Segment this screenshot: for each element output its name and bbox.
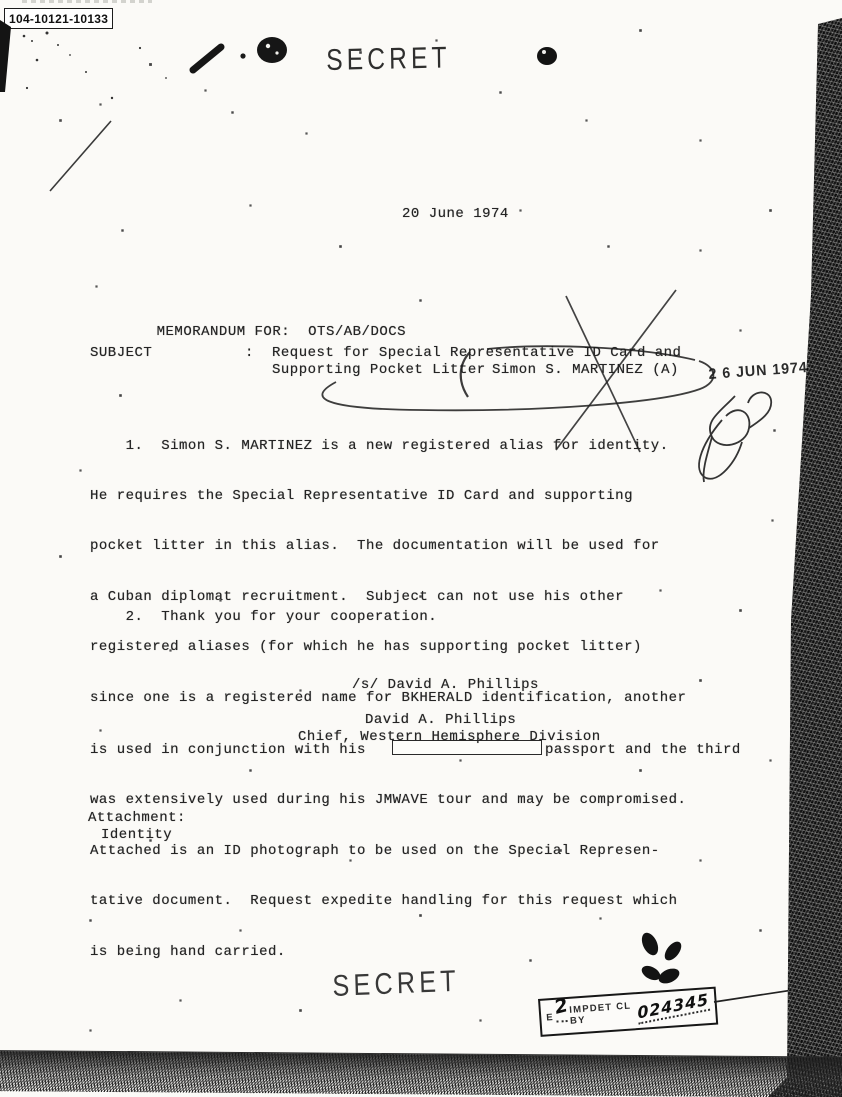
scan-noise-speckles	[0, 0, 1, 1]
subject-label: SUBJECT	[90, 345, 152, 362]
date-received-stamp: 2 6 JUN 1974	[708, 359, 808, 383]
scan-edge-bottom	[0, 1050, 842, 1097]
pen-swoosh-mark	[193, 47, 221, 70]
paragraph-line: He requires the Special Representative I…	[90, 488, 741, 505]
attachment-value: Identity	[101, 827, 172, 844]
diagonal-slash-mark	[50, 121, 111, 191]
record-number: 104-10121-10133	[9, 12, 108, 26]
paragraph-line: Attached is an ID photograph to be used …	[90, 843, 741, 860]
paragraph-line: registered aliases (for which he has sup…	[90, 639, 741, 656]
memo-for-label: MEMORANDUM FOR:	[157, 324, 291, 340]
paragraph-line: a Cuban diplomat recruitment. Subject ca…	[90, 589, 741, 606]
paragraph-line: 1. Simon S. MARTINEZ is a new registered…	[90, 438, 741, 455]
classification-stamp-top: SECRET	[326, 41, 451, 78]
paragraph-line: tative document. Request expedite handli…	[90, 893, 741, 910]
ink-speck-cluster	[23, 32, 167, 100]
handwritten-clearance-number: 024345	[637, 989, 710, 1024]
memo-date: 20 June 1974	[402, 206, 509, 223]
stamp-dotted-line: 2	[555, 1010, 568, 1023]
scan-edge-artifact	[22, 0, 152, 3]
subject-colon: :	[245, 345, 254, 362]
paragraph-1: 1. Simon S. MARTINEZ is a new registered…	[90, 404, 741, 994]
paragraph-2: 2. Thank you for your cooperation.	[90, 609, 437, 626]
corner-ink-wedge	[0, 20, 11, 92]
stamp-prefix: E	[546, 1011, 554, 1022]
subject-line-1: Request for Special Representative ID Ca…	[272, 345, 681, 362]
ink-blob-left	[257, 37, 287, 63]
stamp-label: IMPDET CL BY	[569, 1000, 635, 1026]
record-number-box: 104-10121-10133	[4, 8, 113, 29]
paragraph-line: is being hand carried.	[90, 944, 741, 961]
classification-review-stamp: E 2 IMPDET CL BY 024345	[538, 987, 718, 1037]
subject-line-2: Supporting Pocket Litter	[272, 362, 486, 379]
ink-blob-right	[537, 47, 557, 65]
signature-signed-line: /s/ David A. Phillips	[352, 677, 539, 694]
handwritten-exemption-level: 2	[552, 994, 570, 1019]
ink-dot	[240, 53, 245, 58]
signer-name: David A. Phillips	[365, 712, 516, 729]
attachment-label: Attachment:	[88, 810, 186, 827]
subject-alias-name: Simon S. MARTINEZ (A)	[492, 362, 679, 379]
classification-stamp-bottom: SECRET	[332, 965, 460, 1004]
memo-for-value: OTS/AB/DOCS	[308, 324, 406, 340]
scanned-memo-page: 104-10121-10133 SECRET 20 June 1974 MEMO…	[0, 0, 842, 1097]
signer-title: Chief, Western Hemisphere Division	[298, 729, 601, 746]
paragraph-line: was extensively used during his JMWAVE t…	[90, 792, 741, 809]
paragraph-line: pocket litter in this alias. The documen…	[90, 538, 741, 555]
